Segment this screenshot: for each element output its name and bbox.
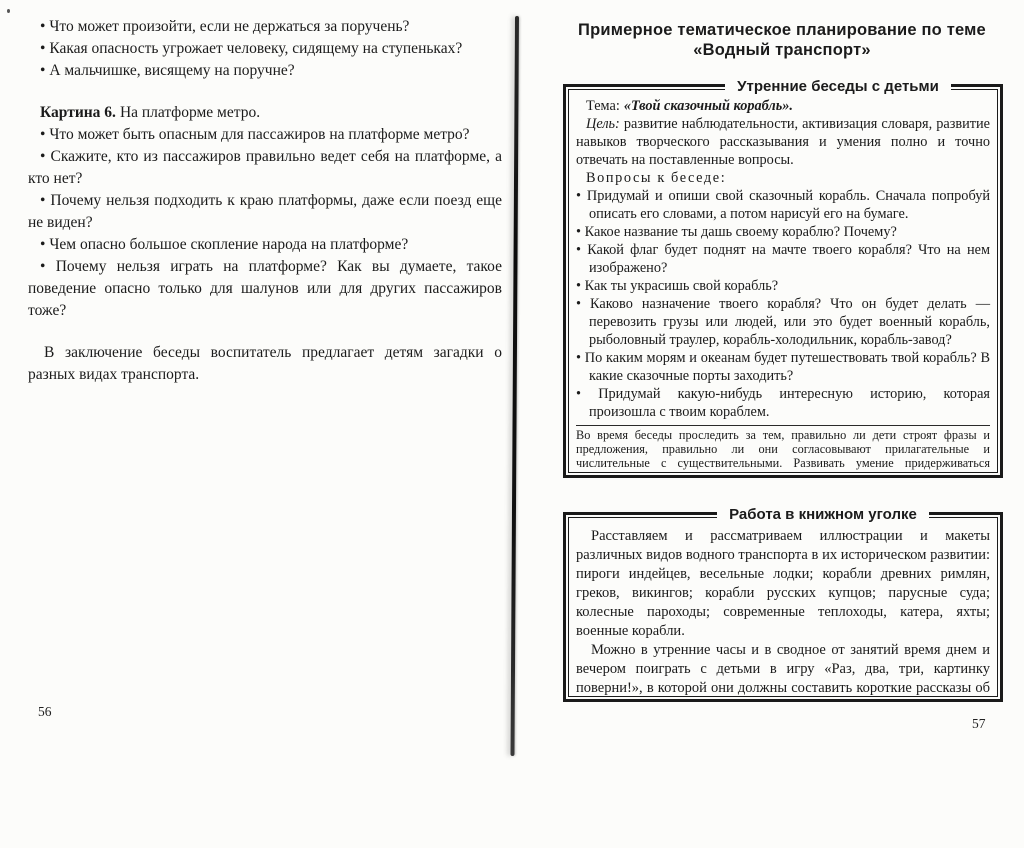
question-item: Чем опасно большое скопление народа на п… [28, 234, 502, 256]
talk-question-item: Какое название ты дашь своему кораблю? П… [576, 223, 990, 241]
question-item: Почему нельзя играть на платформе? Как в… [28, 256, 502, 322]
question-item: Какая опасность угрожает человеку, сидящ… [28, 38, 502, 60]
page-number-right: 57 [972, 716, 986, 732]
book-corner-box: Работа в книжном уголке Расставляем и ра… [563, 512, 1003, 702]
page-title: Примерное тематическое планирование по т… [558, 20, 1006, 60]
talk-question-item: Каково назначение твоего корабля? Что он… [576, 295, 990, 349]
morning-talks-header-label: Утренние беседы с детьми [725, 77, 951, 96]
picture-title: На платформе метро. [120, 104, 260, 121]
goal-text: развитие наблюдательности, активизация с… [576, 116, 990, 168]
talk-question-item: По каким морям и океанам будет путешеств… [576, 349, 990, 385]
goal-label: Цель: [586, 116, 620, 132]
talk-question-item: Как ты украсишь свой корабль? [576, 277, 990, 295]
goal-line: Цель: развитие наблюдательности, активиз… [576, 115, 990, 169]
picture-heading: Картина 6.На платформе метро. [28, 102, 502, 124]
theme-line: Тема:«Твой сказочный корабль». [576, 97, 990, 115]
book-corner-header-label: Работа в книжном уголке [717, 505, 929, 524]
morning-talks-content: Тема:«Твой сказочный корабль». Цель: раз… [568, 89, 998, 473]
teacher-note: Во время беседы проследить за тем, прави… [576, 428, 990, 473]
page-number-left: 56 [38, 704, 52, 720]
page-title-line1: Примерное тематическое планирование по т… [558, 20, 1006, 40]
book-corner-paragraph: Расставляем и рассматриваем иллюстрации … [576, 527, 990, 641]
page-title-line2: «Водный транспорт» [558, 40, 1006, 60]
note-divider [576, 425, 990, 426]
question-item: Почему нельзя подходить к краю платформы… [28, 190, 502, 234]
morning-talks-header: Утренние беседы с детьми [566, 77, 1000, 96]
ink-speck [7, 9, 10, 13]
theme-value: «Твой сказочный корабль». [624, 98, 793, 114]
morning-talks-box: Утренние беседы с детьми Тема:«Твой сказ… [563, 84, 1003, 478]
book-spread: Что может произойти, если не держаться з… [0, 0, 1024, 848]
binding-gutter-line [510, 16, 519, 756]
talk-question-item: Какой флаг будет поднят на мачте твоего … [576, 241, 990, 277]
talk-question-item: Придумай и опиши свой сказочный корабль.… [576, 187, 990, 223]
closing-paragraph: В заключение беседы воспитатель предлага… [28, 342, 502, 386]
book-corner-header: Работа в книжном уголке [566, 505, 1000, 524]
question-item: Скажите, кто из пассажиров правильно вед… [28, 146, 502, 190]
talk-questions-list: Придумай и опиши свой сказочный корабль.… [576, 187, 990, 421]
question-item: Что может произойти, если не держаться з… [28, 16, 502, 38]
page-left: Что может произойти, если не держаться з… [28, 16, 502, 386]
question-item: Что может быть опасным для пассажиров на… [28, 124, 502, 146]
questions-label: Вопросы к беседе: [576, 169, 990, 187]
theme-label: Тема: [586, 98, 620, 114]
question-item: А мальчишке, висящему на поручне? [28, 60, 502, 82]
talk-question-item: Придумай какую-нибудь интересную историю… [576, 385, 990, 421]
picture-label: Картина 6. [40, 104, 116, 121]
book-corner-paragraph: Можно в утренние часы и в сводное от зан… [576, 641, 990, 697]
book-corner-content: Расставляем и рассматриваем иллюстрации … [568, 517, 998, 697]
